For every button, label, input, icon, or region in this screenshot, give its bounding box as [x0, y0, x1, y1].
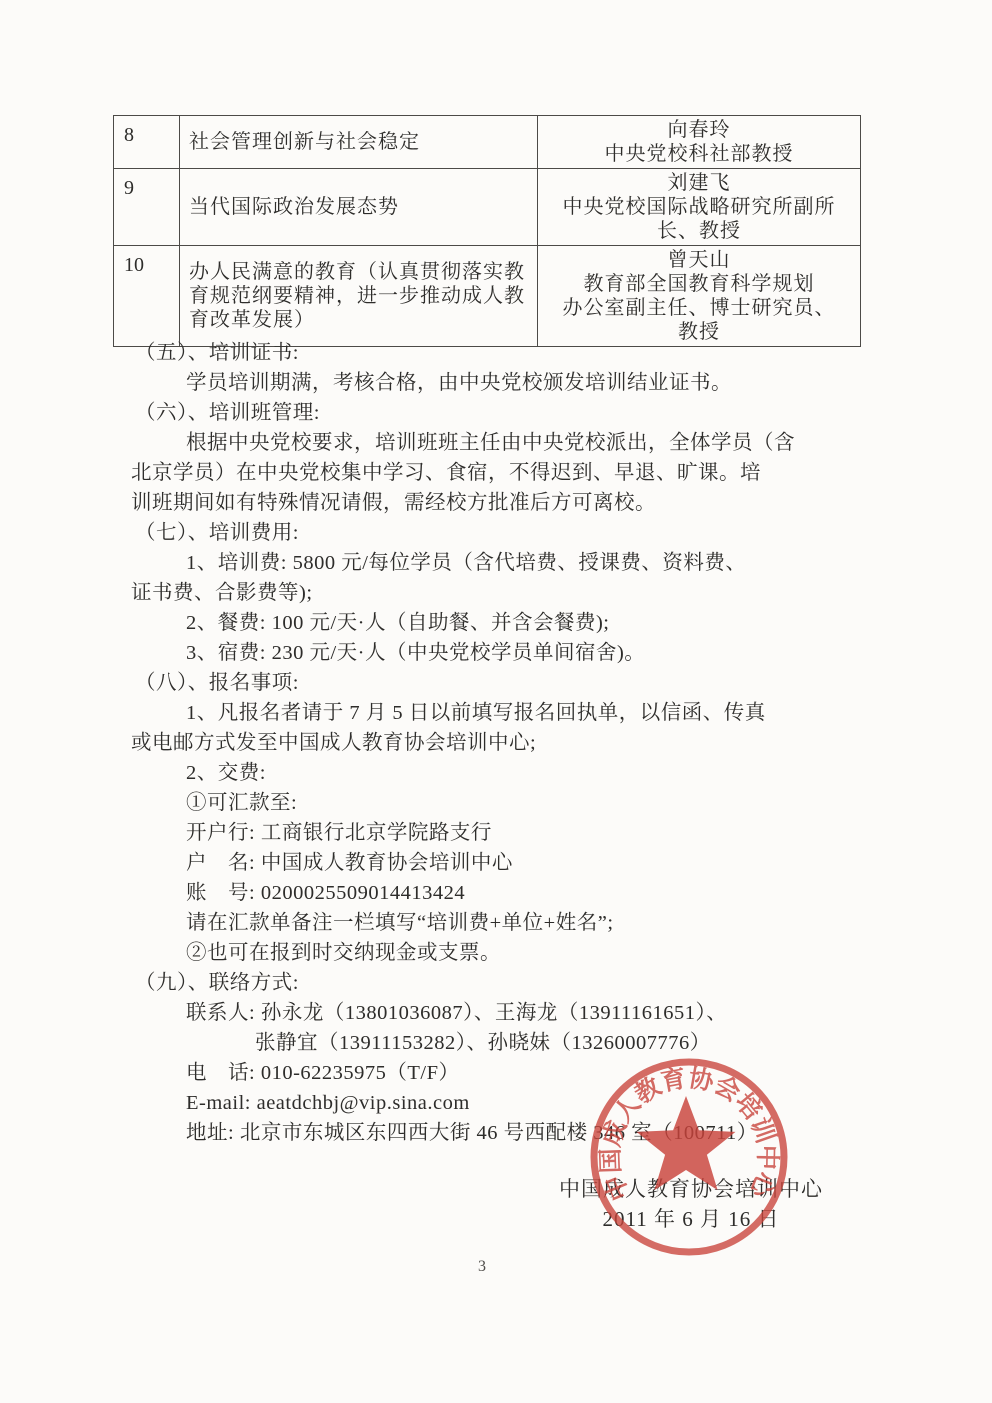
- topic-cell: 社会管理创新与社会稳定: [180, 116, 538, 169]
- doc-line-contacts: 联系人: 孙永龙（13801036087）、王海龙（13911161651）、: [113, 998, 913, 1028]
- doc-line-contacts: 张静宜（13911153282）、孙晓妹（13260007776）: [113, 1028, 913, 1058]
- row-number-cell: 8: [114, 116, 180, 169]
- table-row: 8 社会管理创新与社会稳定 向春玲 中央党校科社部教授: [114, 116, 861, 169]
- signature-block: 中国成人教育协会培训中心 2011 年 6 月 16 日: [538, 1174, 844, 1234]
- doc-line: ①可汇款至:: [113, 788, 913, 818]
- doc-line: 训班期间如有特殊情况请假，需经校方批准后方可离校。: [113, 488, 913, 518]
- doc-line-address: 地址: 北京市东城区东四西大街 46 号西配楼 346 室（100711）: [113, 1118, 913, 1148]
- lecturer-cell: 曾天山 教育部全国教育科学规划 办公室副主任、博士研究员、 教授: [538, 246, 861, 347]
- doc-line-section-5: （五）、培训证书:: [113, 338, 913, 368]
- doc-line: ②也可在报到时交纳现金或支票。: [113, 938, 913, 968]
- lecturer-cell: 向春玲 中央党校科社部教授: [538, 116, 861, 169]
- row-number-cell: 9: [114, 169, 180, 246]
- table-row: 10 办人民满意的教育（认真贯彻落实教育规范纲要精神，进一步推动成人教育改革发展…: [114, 246, 861, 347]
- page-number: 3: [478, 1258, 486, 1276]
- doc-line-email: E-mail: aeatdchbj@vip.sina.com: [113, 1088, 913, 1118]
- doc-line-section-9: （九）、联络方式:: [113, 968, 913, 998]
- signature-org: 中国成人教育协会培训中心: [538, 1174, 844, 1204]
- lecturer-cell: 刘建飞 中央党校国际战略研究所副所长、教授: [538, 169, 861, 246]
- doc-line: 或电邮方式发至中国成人教育协会培训中心;: [113, 728, 913, 758]
- doc-line-section-6: （六）、培训班管理:: [113, 398, 913, 428]
- doc-line-section-7: （七）、培训费用:: [113, 518, 913, 548]
- scanned-document-page: 8 社会管理创新与社会稳定 向春玲 中央党校科社部教授 9 当代国际政治发展态势…: [0, 0, 992, 1403]
- doc-line: 请在汇款单备注一栏填写“培训费+单位+姓名”;: [113, 908, 913, 938]
- signature-date: 2011 年 6 月 16 日: [538, 1204, 844, 1234]
- doc-line: 3、宿费: 230 元/天·人（中央党校学员单间宿舍)。: [113, 638, 913, 668]
- row-number-cell: 10: [114, 246, 180, 347]
- doc-line: 学员培训期满，考核合格，由中央党校颁发培训结业证书。: [113, 368, 913, 398]
- topic-cell: 当代国际政治发展态势: [180, 169, 538, 246]
- doc-line: 2、餐费: 100 元/天·人（自助餐、并含会餐费);: [113, 608, 913, 638]
- doc-line-account-number: 账 号: 0200025509014413424: [113, 878, 913, 908]
- lecture-schedule-table: 8 社会管理创新与社会稳定 向春玲 中央党校科社部教授 9 当代国际政治发展态势…: [113, 115, 861, 347]
- doc-line: 2、交费:: [113, 758, 913, 788]
- doc-line-bank-branch: 开户行: 工商银行北京学院路支行: [113, 818, 913, 848]
- doc-line: 1、培训费: 5800 元/每位学员（含代培费、授课费、资料费、: [113, 548, 913, 578]
- doc-line: 根据中央党校要求，培训班班主任由中央党校派出，全体学员（含: [113, 428, 913, 458]
- doc-line: 北京学员）在中央党校集中学习、食宿，不得迟到、早退、旷课。培: [113, 458, 913, 488]
- doc-line-account-name: 户 名: 中国成人教育协会培训中心: [113, 848, 913, 878]
- table-row: 9 当代国际政治发展态势 刘建飞 中央党校国际战略研究所副所长、教授: [114, 169, 861, 246]
- doc-line: 1、凡报名者请于 7 月 5 日以前填写报名回执单，以信函、传真: [113, 698, 913, 728]
- doc-line-phone: 电 话: 010-62235975（T/F）: [113, 1058, 913, 1088]
- doc-line-section-8: （八）、报名事项:: [113, 668, 913, 698]
- topic-cell: 办人民满意的教育（认真贯彻落实教育规范纲要精神，进一步推动成人教育改革发展）: [180, 246, 538, 347]
- document-body: （五）、培训证书: 学员培训期满，考核合格，由中央党校颁发培训结业证书。 （六）…: [113, 338, 913, 1148]
- doc-line: 证书费、合影费等);: [113, 578, 913, 608]
